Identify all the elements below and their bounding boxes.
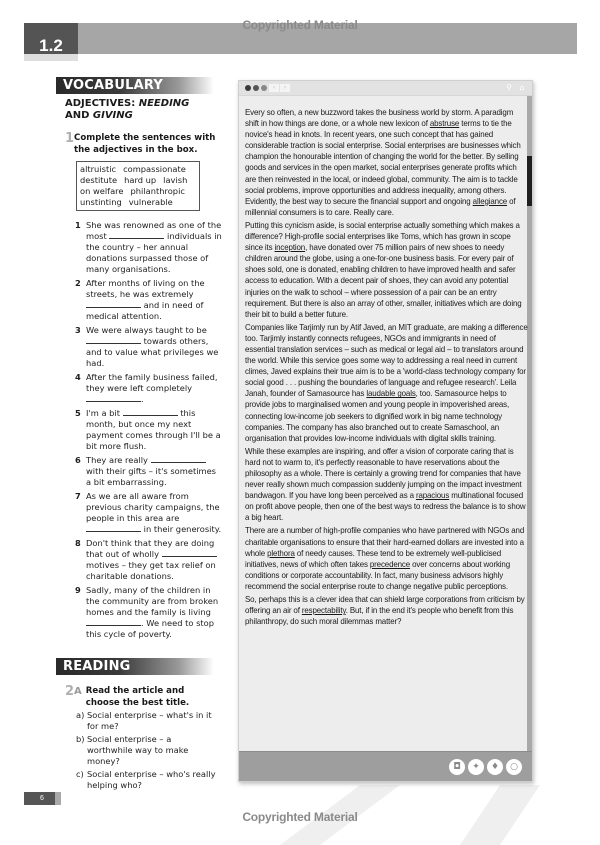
article-paragraph: While these examples are inspiring, and … <box>245 446 528 524</box>
exercise-part: A <box>74 685 82 709</box>
vocabulary-highlight: abstruse <box>430 118 459 128</box>
copyright-watermark-top: Copyrighted Material <box>0 18 600 32</box>
answer-blank[interactable] <box>162 549 217 557</box>
window-dot-icon[interactable] <box>245 85 251 91</box>
item-number: 6 <box>75 455 86 488</box>
article-text-segment: terms to tie the novice's head in knots.… <box>245 118 521 206</box>
title-option[interactable]: a)Social enterprise – what's in it for m… <box>76 710 216 732</box>
answer-blank[interactable] <box>86 394 141 402</box>
item-number: 4 <box>75 372 86 405</box>
answer-blank[interactable] <box>151 455 206 463</box>
exercise-2a-instruction: 2 A Read the article and choose the best… <box>65 685 216 709</box>
item-number: 9 <box>75 585 86 640</box>
title-option[interactable]: b)Social enterprise – a worthwhile way t… <box>76 734 216 767</box>
like-icon[interactable]: ♦ <box>487 759 503 775</box>
title-options: a)Social enterprise – what's in it for m… <box>76 710 216 791</box>
answer-blank[interactable] <box>109 231 164 239</box>
exercise-item: 8Don't think that they are doing that ou… <box>75 538 223 582</box>
answer-blank[interactable] <box>86 336 141 344</box>
home-icon[interactable]: ⌂ <box>517 83 527 93</box>
answer-blank[interactable] <box>86 618 141 626</box>
vocabulary-highlight: respectability <box>302 605 346 615</box>
scrollbar-thumb[interactable] <box>527 156 532 206</box>
article-paragraph: Companies like Tarjimly run by Atif Jave… <box>245 322 528 444</box>
comment-icon[interactable]: ○ <box>506 759 522 775</box>
window-dot-icon[interactable] <box>261 85 267 91</box>
vocabulary-subheading: ADJECTIVES: NEEDING AND GIVING <box>65 98 216 122</box>
twitter-icon[interactable]: ✦ <box>468 759 484 775</box>
reading-section-title: READING <box>56 658 214 675</box>
exercise-item: 9Sadly, many of the children in the comm… <box>75 585 223 640</box>
answer-blank[interactable] <box>123 408 178 416</box>
item-number: 8 <box>75 538 86 582</box>
item-number: 2 <box>75 278 86 322</box>
vocabulary-highlight: allegiance <box>473 196 507 206</box>
vocabulary-highlight: rapacious <box>416 490 449 500</box>
exercise-item: 5I'm a bit this month, but once my next … <box>75 408 223 452</box>
page-number-edge <box>55 792 61 805</box>
forward-button[interactable]: › <box>280 84 290 92</box>
vocabulary-highlight: inception <box>275 242 306 252</box>
article-text: Every so often, a new buzzword takes the… <box>245 107 528 629</box>
copyright-watermark-bottom: Copyrighted Material <box>0 810 600 824</box>
search-icon[interactable]: ⚲ <box>504 83 514 93</box>
exercise-1-instruction: 1 Complete the sentences with the adject… <box>65 132 216 156</box>
exercise-item: 3We were always taught to be towards oth… <box>75 325 223 369</box>
article-paragraph: Putting this cynicism aside, is social e… <box>245 220 528 320</box>
item-number: 1 <box>75 220 86 275</box>
exercises-column: VOCABULARY ADJECTIVES: NEEDING AND GIVIN… <box>56 77 216 793</box>
unit-box-underline <box>24 54 78 61</box>
article-browser-window: ‹ › ⚲ ⌂ Every so often, a new buzzword t… <box>238 80 533 782</box>
exercise-item: 7As we are all aware from previous chari… <box>75 491 223 535</box>
answer-blank[interactable] <box>86 524 141 532</box>
exercise-1-items: 1She was renowned as one of the most ind… <box>75 220 223 640</box>
exercise-item: 4After the family business failed, they … <box>75 372 223 405</box>
vocabulary-highlight: precedence <box>370 559 410 569</box>
exercise-number: 1 <box>65 132 74 156</box>
vocabulary-highlight: plethora <box>267 548 295 558</box>
exercise-item: 6They are really with their gifts – it's… <box>75 455 223 488</box>
article-text-segment: Companies like Tarjimly run by Atif Jave… <box>245 322 528 399</box>
instagram-icon[interactable]: ◘ <box>449 759 465 775</box>
item-number: 7 <box>75 491 86 535</box>
exercise-number: 2 <box>65 685 74 709</box>
article-footer-bar: ◘✦♦○ <box>239 751 532 781</box>
word-box: altruisticcompassionate destitutehard up… <box>76 161 200 211</box>
exercise-item: 1She was renowned as one of the most ind… <box>75 220 223 275</box>
item-number: 3 <box>75 325 86 369</box>
item-number: 5 <box>75 408 86 452</box>
vocabulary-highlight: laudable goals <box>366 388 415 398</box>
title-option[interactable]: c)Social enterprise – who's really helpi… <box>76 769 216 791</box>
window-dot-icon[interactable] <box>253 85 259 91</box>
article-text-segment: , have donated over 75 million pairs of … <box>245 242 522 319</box>
article-paragraph: Every so often, a new buzzword takes the… <box>245 107 528 218</box>
browser-toolbar: ‹ › ⚲ ⌂ <box>239 81 532 96</box>
answer-blank[interactable] <box>86 300 141 308</box>
article-paragraph: So, perhaps this is a clever idea that c… <box>245 594 528 627</box>
back-button[interactable]: ‹ <box>269 84 279 92</box>
vocabulary-section-title: VOCABULARY <box>56 77 214 94</box>
exercise-item: 2After months of living on the streets, … <box>75 278 223 322</box>
article-paragraph: There are a number of high-profile compa… <box>245 525 528 592</box>
